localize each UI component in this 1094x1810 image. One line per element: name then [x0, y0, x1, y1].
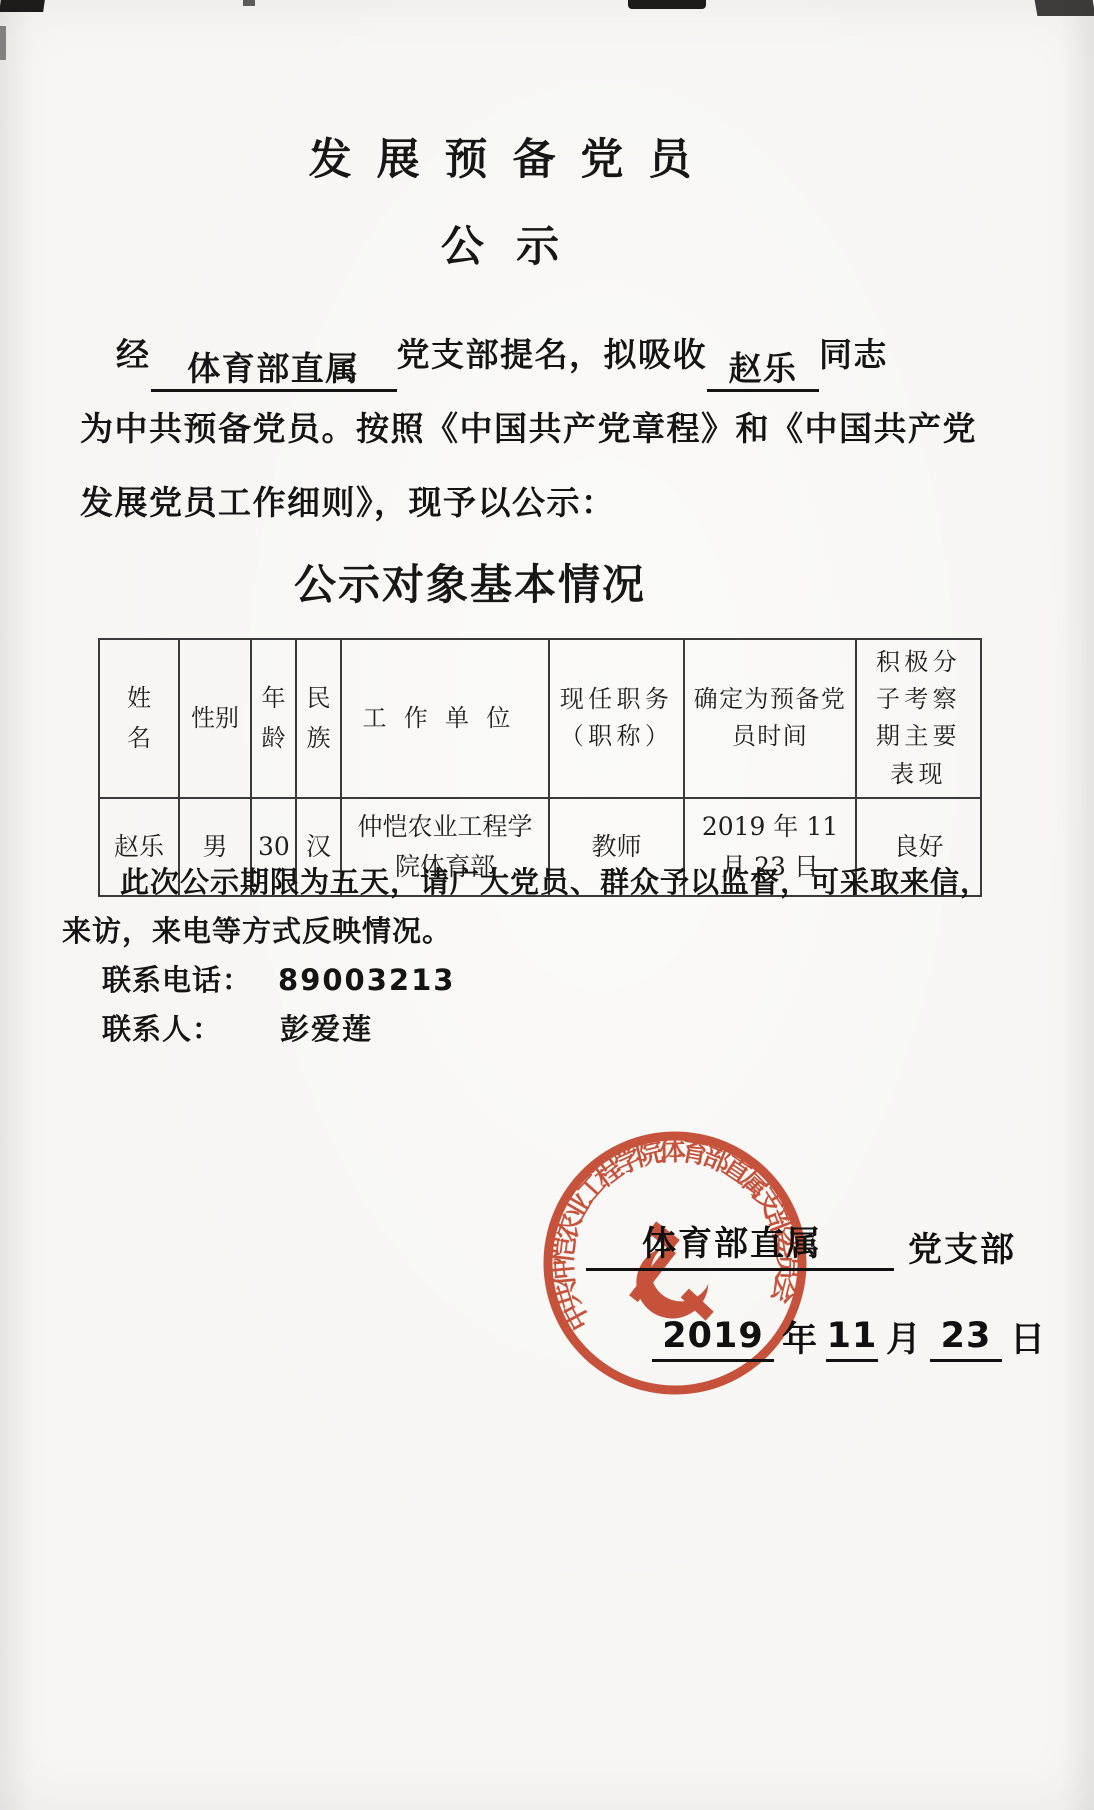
- notice-line1: 此次公示期限为五天，请广大党员、群众予以监督，可采取来信，: [62, 858, 1052, 907]
- date-day-blank: 23: [930, 1314, 1002, 1363]
- member-name-fill: 赵乐: [729, 349, 798, 388]
- scan-artifact: [0, 26, 6, 60]
- date-year-blank: 2019: [652, 1314, 774, 1363]
- intro-line2: 为中共预备党员。按照《中国共产党章程》和《中国共产党: [80, 392, 1025, 466]
- intro-after-branch: 党支部提名，拟吸收: [397, 335, 708, 374]
- intro-paragraph: 经体育部直属党支部提名，拟吸收赵乐同志 为中共预备党员。按照《中国共产党章程》和…: [80, 318, 1025, 540]
- signature-suffix: 党支部: [908, 1230, 1016, 1270]
- document-title: 发展预备党员 公示: [0, 126, 1000, 274]
- notice-paragraph: 此次公示期限为五天，请广大党员、群众予以监督，可采取来信， 来访，来电等方式反映…: [62, 858, 1052, 1054]
- scan-artifact: [243, 0, 255, 6]
- table-header-row: 姓名 性别 年龄 民族 工作单位 现任职务（职称） 确定为预备党员时间 积极分子…: [99, 639, 981, 798]
- date-month: 11: [827, 1316, 878, 1356]
- intro-line1: 经体育部直属党支部提名，拟吸收赵乐同志: [80, 318, 1025, 392]
- notice-line2: 来访，来电等方式反映情况。: [62, 907, 1052, 956]
- header-position: 现任职务（职称）: [549, 639, 684, 798]
- branch-name-fill: 体育部直属: [187, 349, 360, 388]
- date-year-unit: 年: [782, 1320, 818, 1360]
- person-name: 彭爱莲: [280, 1012, 373, 1046]
- signature-branch-fill: 体育部直属: [642, 1224, 822, 1264]
- signature-branch-blank: 体育部直属: [586, 1222, 894, 1271]
- contact-phone-line: 联系电话：89003213: [62, 956, 1052, 1005]
- date-day-unit: 日: [1010, 1320, 1046, 1360]
- date-month-blank: 11: [826, 1314, 878, 1363]
- intro-after-name: 同志: [819, 335, 888, 374]
- signature-line: 体育部直属党支部: [586, 1222, 1016, 1271]
- header-name: 姓名: [99, 639, 179, 798]
- header-confirm-date: 确定为预备党员时间: [684, 639, 856, 798]
- member-name-blank: 赵乐: [707, 348, 819, 392]
- date-day: 23: [941, 1316, 992, 1356]
- title-line2: 公示: [0, 213, 1000, 274]
- intro-line3: 发展党员工作细则》，现予以公示：: [80, 466, 1025, 540]
- header-work-unit: 工作单位: [341, 639, 549, 798]
- scan-artifact: [0, 0, 45, 12]
- header-age: 年龄: [251, 639, 296, 798]
- date-year: 2019: [662, 1316, 763, 1356]
- header-gender: 性别: [179, 639, 251, 798]
- signature-date: 2019年11月23日: [652, 1312, 1054, 1362]
- branch-name-blank: 体育部直属: [151, 348, 397, 392]
- header-ethnicity: 民族: [296, 639, 341, 798]
- intro-pre: 经: [116, 335, 151, 374]
- date-month-unit: 月: [886, 1320, 922, 1360]
- contact-person-line: 联系人：彭爱莲: [62, 1005, 1052, 1054]
- title-line1: 发展预备党员: [0, 126, 1000, 187]
- person-label: 联系人：: [102, 1012, 222, 1046]
- header-performance: 积极分子考察期主要表现: [856, 639, 981, 798]
- document-page: 发展预备党员 公示 经体育部直属党支部提名，拟吸收赵乐同志 为中共预备党员。按照…: [0, 0, 1094, 1810]
- phone-label: 联系电话：: [102, 963, 252, 997]
- phone-number: 89003213: [278, 963, 455, 997]
- scan-artifact: [628, 0, 706, 9]
- table-title: 公示对象基本情况: [0, 552, 940, 612]
- scan-artifact: [1035, 0, 1094, 16]
